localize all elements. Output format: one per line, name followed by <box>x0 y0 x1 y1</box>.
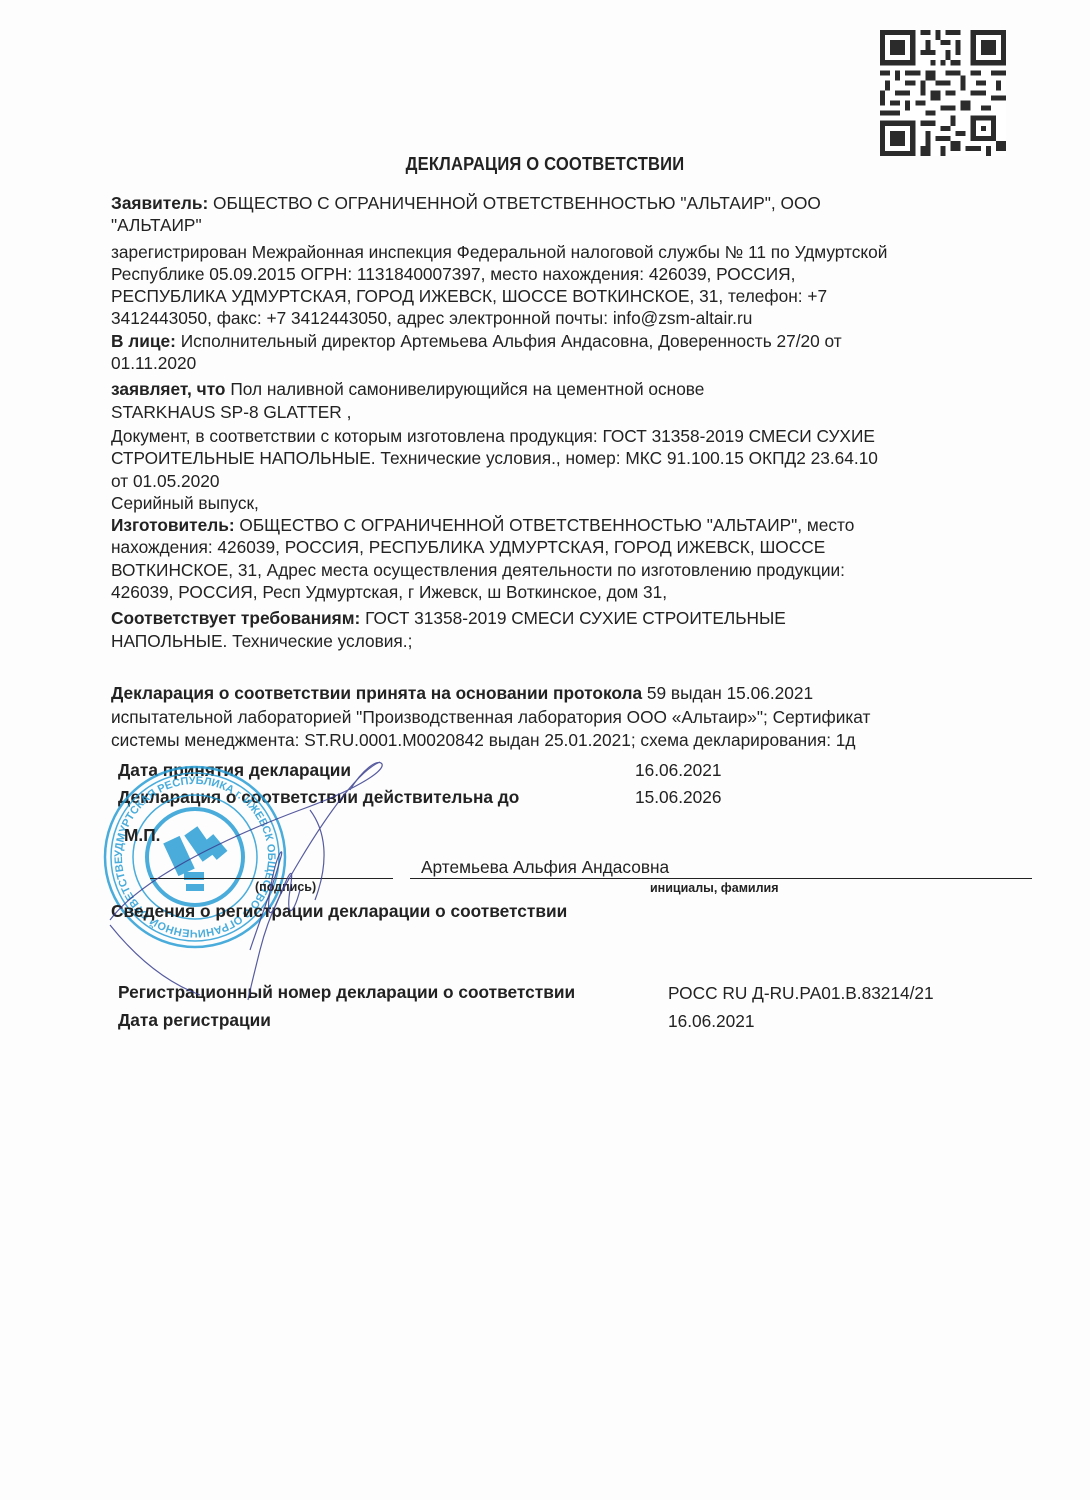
declaration-body: Заявитель: ОБЩЕСТВО С ОГРАНИЧЕННОЙ ОТВЕТ… <box>111 192 1011 652</box>
valid-until-value: 15.06.2026 <box>635 787 722 808</box>
signature-caption: (подпись) <box>255 880 316 894</box>
signatory-name: Артемьева Альфия Андасовна <box>421 857 669 878</box>
manufacturer-line-1: Изготовитель: ОБЩЕСТВО С ОГРАНИЧЕННОЙ ОТ… <box>111 514 1011 536</box>
declaration-basis: Декларация о соответствии принята на осн… <box>111 682 1011 753</box>
applicant-registration-2: Республике 05.09.2015 ОГРН: 113184000739… <box>111 263 1011 285</box>
represented-by-line-2: 01.11.2020 <box>111 352 1011 374</box>
doc-line-3: от 01.05.2020 <box>111 470 1011 492</box>
basis-line-2: испытательной лабораторией "Производстве… <box>111 706 1011 730</box>
registration-date-value: 16.06.2021 <box>668 1011 755 1032</box>
product-model: STARKHAUS SP-8 GLATTER , <box>111 401 1011 423</box>
conforms-label: Соответствует требованиям: <box>111 608 360 628</box>
declares-label: заявляет, что <box>111 379 226 399</box>
product-name: Пол наливной самонивелирующийся на цемен… <box>230 379 704 399</box>
manufacturer-line-4: 426039, РОССИЯ, Респ Удмуртская, г Ижевс… <box>111 581 1011 603</box>
basis-label: Декларация о соответствии принята на осн… <box>111 683 642 703</box>
represented-by-line-1: В лице: Исполнительный директор Артемьев… <box>111 330 1011 352</box>
registration-number-value: РОСС RU Д-RU.РА01.В.83214/21 <box>668 983 934 1004</box>
registration-number-label: Регистрационный номер декларации о соотв… <box>118 982 575 1003</box>
applicant-line-2: "АЛЬТАИР" <box>111 214 1011 236</box>
applicant-name: ОБЩЕСТВО С ОГРАНИЧЕННОЙ ОТВЕТСТВЕННОСТЬЮ… <box>213 193 821 213</box>
signature-line <box>150 878 393 879</box>
declaration-page: ДЕКЛАРАЦИЯ О СООТВЕТСТВИИ Заявитель: ОБЩ… <box>0 0 1090 1500</box>
registration-date-label: Дата регистрации <box>118 1010 271 1031</box>
basis-line-1: Декларация о соответствии принята на осн… <box>111 682 1011 706</box>
basis-line-3: системы менеджмента: ST.RU.0001.M0020842… <box>111 729 1011 753</box>
represented-by-text: Исполнительный директор Артемьева Альфия… <box>181 331 842 351</box>
company-seal-icon: УДМУРТСКАЯ РЕСПУБЛИКА г. ИЖЕВСК ОБЩЕСТВО… <box>100 762 290 952</box>
declares-line-1: заявляет, что Пол наливной самонивелирую… <box>111 378 1011 400</box>
conforms-line-1: Соответствует требованиям: ГОСТ 31358-20… <box>111 607 1011 629</box>
doc-line-1: Документ, в соответствии с которым изгот… <box>111 425 1011 447</box>
protocol-info: 59 выдан 15.06.2021 <box>647 683 813 703</box>
applicant-label: Заявитель: <box>111 193 208 213</box>
applicant-registration-1: зарегистрирован Межрайонная инспекция Фе… <box>111 241 1011 263</box>
name-line <box>410 878 1032 879</box>
applicant-registration-3: РЕСПУБЛИКА УДМУРТСКАЯ, ГОРОД ИЖЕВСК, ШОС… <box>111 285 1011 307</box>
manufacturer-label: Изготовитель: <box>111 515 235 535</box>
conforms-line-2: НАПОЛЬНЫЕ. Технические условия.; <box>111 630 1011 652</box>
doc-line-2: СТРОИТЕЛЬНЫЕ НАПОЛЬНЫЕ. Технические усло… <box>111 447 1011 469</box>
conforms-standard: ГОСТ 31358-2019 СМЕСИ СУХИЕ СТРОИТЕЛЬНЫЕ <box>365 608 786 628</box>
name-caption: инициалы, фамилия <box>650 881 779 895</box>
applicant-line-1: Заявитель: ОБЩЕСТВО С ОГРАНИЧЕННОЙ ОТВЕТ… <box>111 192 1011 214</box>
represented-by-label: В лице: <box>111 331 176 351</box>
applicant-registration-4: 3412443050, факс: +7 3412443050, адрес э… <box>111 307 1011 329</box>
qr-code-icon <box>880 30 1006 156</box>
document-title: ДЕКЛАРАЦИЯ О СООТВЕТСТВИИ <box>44 154 1047 175</box>
manufacturer-line-3: ВОТКИНСКОЕ, 31, Адрес места осуществлени… <box>111 559 1011 581</box>
acceptance-date-value: 16.06.2021 <box>635 760 722 781</box>
manufacturer-line-2: нахождения: 426039, РОССИЯ, РЕСПУБЛИКА У… <box>111 536 1011 558</box>
serial-release: Серийный выпуск, <box>111 492 1011 514</box>
seal-label: М.П. <box>124 825 160 846</box>
manufacturer-name: ОБЩЕСТВО С ОГРАНИЧЕННОЙ ОТВЕТСТВЕННОСТЬЮ… <box>239 515 854 535</box>
registration-heading: Сведения о регистрации декларации о соот… <box>111 901 567 922</box>
